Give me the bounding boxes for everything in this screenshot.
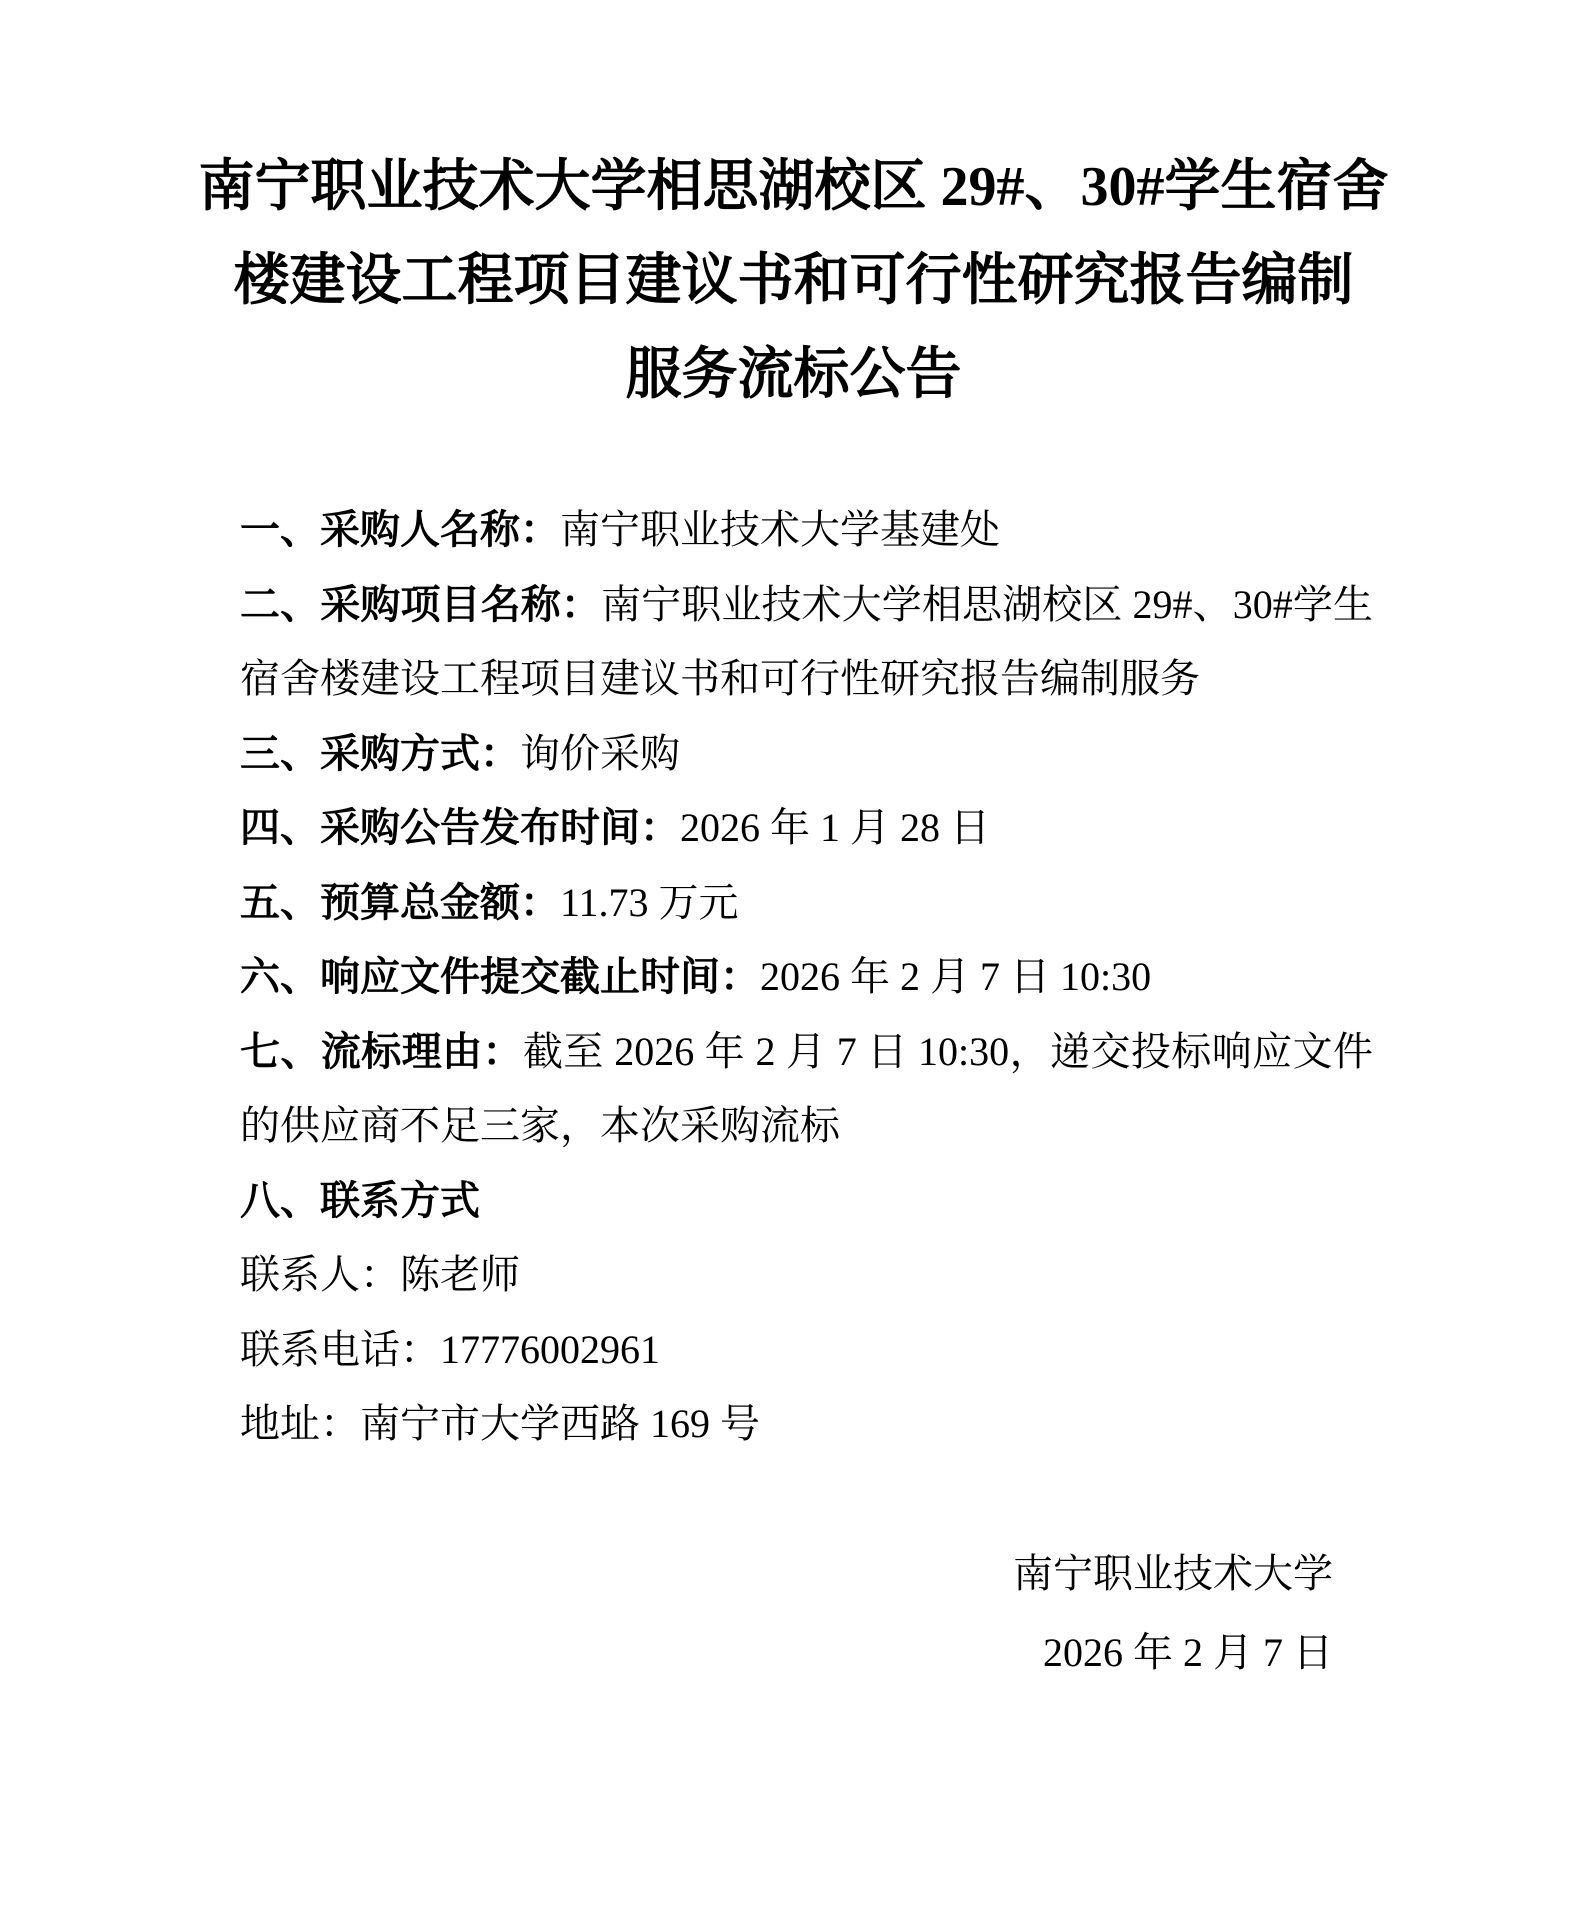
item-contact-heading-label: 八、联系方式 xyxy=(240,1179,480,1223)
item-deadline-value: 2026 年 2 月 7 日 10:30 xyxy=(760,954,1151,999)
signature-date: 2026 年 2 月 7 日 xyxy=(240,1613,1333,1692)
item-contact-heading: 八、联系方式 xyxy=(240,1164,1373,1239)
notice-page: 南宁职业技术大学相思湖校区 29#、30#学生宿舍 楼建设工程项目建议书和可行性… xyxy=(0,0,1587,1905)
item-budget-value: 11.73 万元 xyxy=(560,880,739,925)
item-failure-reason-label: 七、流标理由： xyxy=(240,1030,523,1074)
item-announcement-date-label: 四、采购公告发布时间： xyxy=(240,806,680,850)
signature-org: 南宁职业技术大学 xyxy=(240,1534,1333,1613)
item-project-name-label: 二、采购项目名称： xyxy=(240,583,601,627)
item-failure-reason: 七、流标理由：截至 2026 年 2 月 7 日 10:30，递交投标响应文件的… xyxy=(240,1015,1373,1164)
contact-phone-value: 17776002961 xyxy=(440,1327,660,1372)
contact-person-label: 联系人： xyxy=(240,1252,400,1297)
item-deadline: 六、响应文件提交截止时间：2026 年 2 月 7 日 10:30 xyxy=(240,940,1373,1015)
item-deadline-label: 六、响应文件提交截止时间： xyxy=(240,955,760,999)
item-procurement-method: 三、采购方式：询价采购 xyxy=(240,717,1373,792)
item-announcement-date: 四、采购公告发布时间：2026 年 1 月 28 日 xyxy=(240,791,1373,866)
contact-phone-line: 联系电话：17776002961 xyxy=(240,1313,1373,1388)
contact-address-value: 南宁市大学西路 169 号 xyxy=(360,1401,760,1446)
title-line-1: 南宁职业技术大学相思湖校区 29#、30#学生宿舍 xyxy=(0,140,1587,234)
item-procurement-method-value: 询价采购 xyxy=(520,731,680,776)
item-budget: 五、预算总金额：11.73 万元 xyxy=(240,866,1373,941)
contact-person-value: 陈老师 xyxy=(400,1252,520,1297)
item-budget-label: 五、预算总金额： xyxy=(240,881,560,925)
item-project-name: 二、采购项目名称：南宁职业技术大学相思湖校区 29#、30#学生宿舍楼建设工程项… xyxy=(240,568,1373,717)
title-line-2: 楼建设工程项目建议书和可行性研究报告编制 xyxy=(0,234,1587,328)
item-purchaser-label: 一、采购人名称： xyxy=(240,508,560,552)
contact-address-label: 地址： xyxy=(240,1401,360,1446)
item-procurement-method-label: 三、采购方式： xyxy=(240,732,520,776)
contact-address-line: 地址：南宁市大学西路 169 号 xyxy=(240,1387,1373,1462)
signature-block: 南宁职业技术大学 2026 年 2 月 7 日 xyxy=(240,1534,1373,1692)
item-purchaser-value: 南宁职业技术大学基建处 xyxy=(560,507,1000,552)
contact-person-line: 联系人：陈老师 xyxy=(240,1238,1373,1313)
notice-body: 一、采购人名称：南宁职业技术大学基建处 二、采购项目名称：南宁职业技术大学相思湖… xyxy=(240,493,1373,1462)
title-line-3: 服务流标公告 xyxy=(0,328,1587,422)
document-title: 南宁职业技术大学相思湖校区 29#、30#学生宿舍 楼建设工程项目建议书和可行性… xyxy=(0,140,1587,422)
item-announcement-date-value: 2026 年 1 月 28 日 xyxy=(680,805,990,850)
item-purchaser: 一、采购人名称：南宁职业技术大学基建处 xyxy=(240,493,1373,568)
contact-phone-label: 联系电话： xyxy=(240,1327,440,1372)
